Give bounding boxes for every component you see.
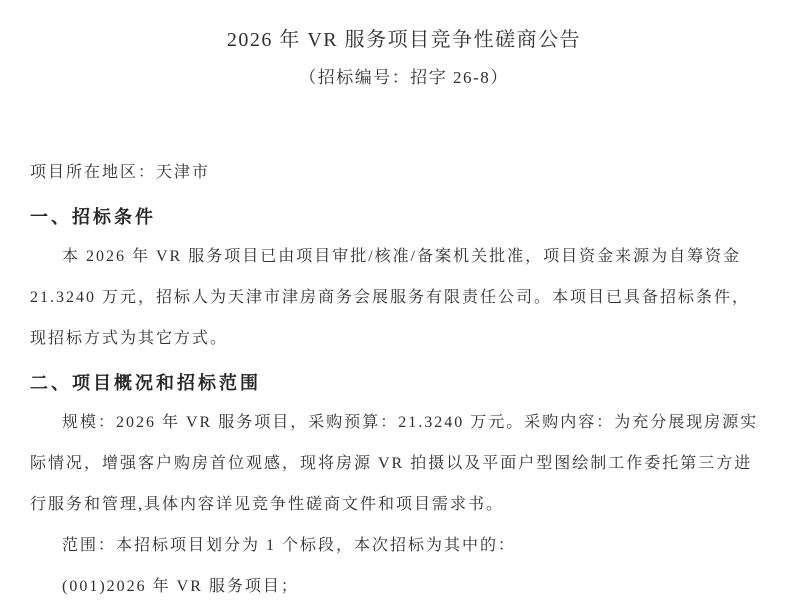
paragraph-line: 行服务和管理,具体内容详见竞争性磋商文件和项目需求书。 [30, 495, 778, 515]
paragraph-line-scope: 范围：本招标项目划分为 1 个标段，本次招标为其中的： [30, 536, 778, 556]
paragraph-line: 规模：2026 年 VR 服务项目，采购预算：21.3240 万元。采购内容：为… [30, 413, 778, 433]
paragraph-line: 21.3240 万元，招标人为天津市津房商务会展服务有限责任公司。本项目已具备招… [30, 288, 778, 308]
project-location-line: 项目所在地区：天津市 [30, 163, 778, 183]
paragraph-line: 际情况，增强客户购房首位观感，现将房源 VR 拍摄以及平面户型图绘制工作委托第三… [30, 454, 778, 474]
document-title: 2026 年 VR 服务项目竞争性磋商公告 [30, 28, 778, 52]
paragraph-line-lot-001: (001)2026 年 VR 服务项目； [30, 577, 778, 597]
paragraph-line: 现招标方式为其它方式。 [30, 329, 778, 349]
document-page: 2026 年 VR 服务项目竞争性磋商公告 （招标编号：招字 26-8） 项目所… [0, 0, 808, 605]
section-heading-tender-conditions: 一、招标条件 [30, 205, 778, 229]
section-heading-project-overview: 二、项目概况和招标范围 [30, 371, 778, 395]
tender-number-subtitle: （招标编号：招字 26-8） [30, 67, 778, 89]
paragraph-line: 本 2026 年 VR 服务项目已由项目审批/核准/备案机关批准，项目资金来源为… [30, 247, 778, 267]
